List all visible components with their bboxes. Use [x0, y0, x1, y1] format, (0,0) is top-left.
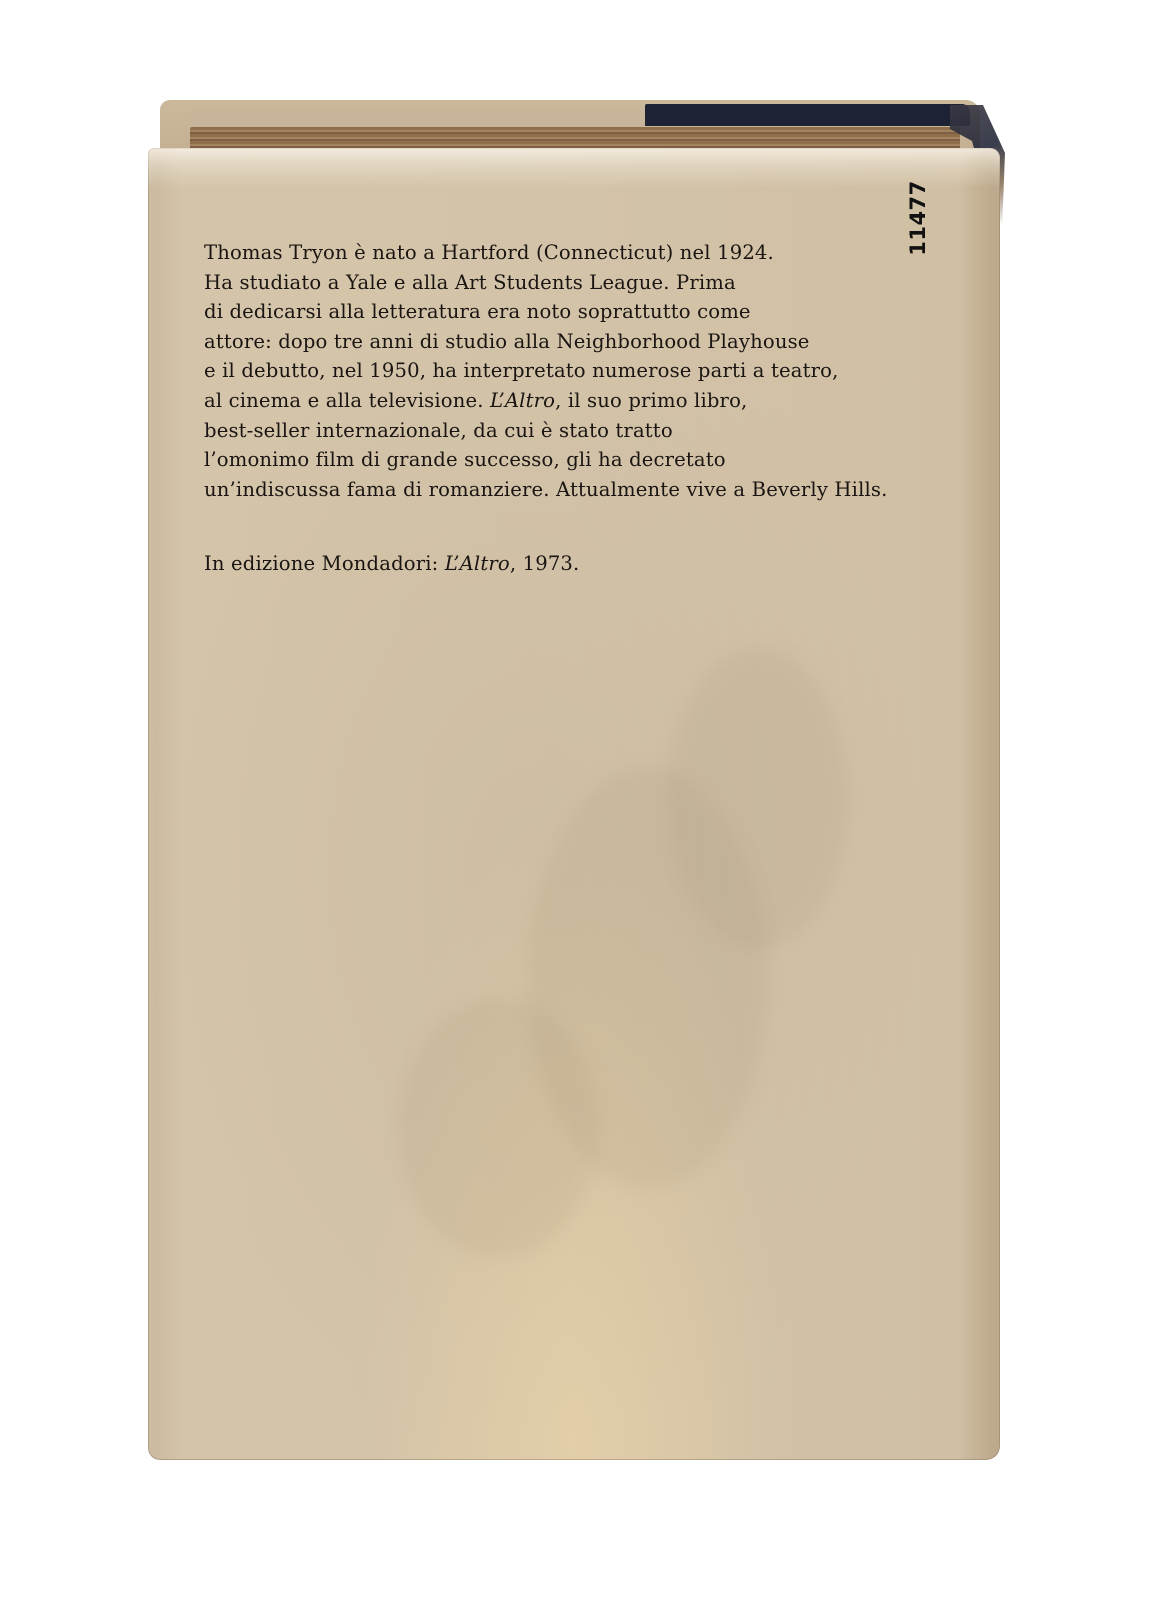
bio-line: attore: dopo tre anni di studio alla Nei… [204, 327, 924, 357]
book-title: L’Altro [445, 552, 510, 575]
bio-line: Thomas Tryon è nato a Hartford (Connecti… [204, 238, 924, 268]
bio-line: l’omonimo film di grande successo, gli h… [204, 445, 924, 475]
cloth-binding [645, 104, 970, 126]
paper-stain [668, 648, 848, 948]
jacket-glare [148, 148, 1000, 188]
paper-stain [398, 998, 598, 1258]
top-paper-strip [190, 110, 645, 126]
author-biography: Thomas Tryon è nato a Hartford (Connecti… [204, 238, 924, 504]
bio-line: best-seller internazionale, da cui è sta… [204, 416, 924, 446]
editions-note: In edizione Mondadori: L’Altro, 1973. [204, 549, 579, 579]
bio-line: al cinema e alla televisione. L’Altro, i… [204, 386, 924, 416]
book-title: L’Altro [490, 389, 555, 412]
bio-line: un’indiscussa fama di romanziere. Attual… [204, 475, 924, 505]
bio-line: Ha studiato a Yale e alla Art Students L… [204, 268, 924, 298]
book-photo: 11477 Thomas Tryon è nato a Hartford (Co… [0, 0, 1149, 1600]
bio-line: e il debutto, nel 1950, ha interpretato … [204, 356, 924, 386]
bio-line: di dedicarsi alla letteratura era noto s… [204, 297, 924, 327]
